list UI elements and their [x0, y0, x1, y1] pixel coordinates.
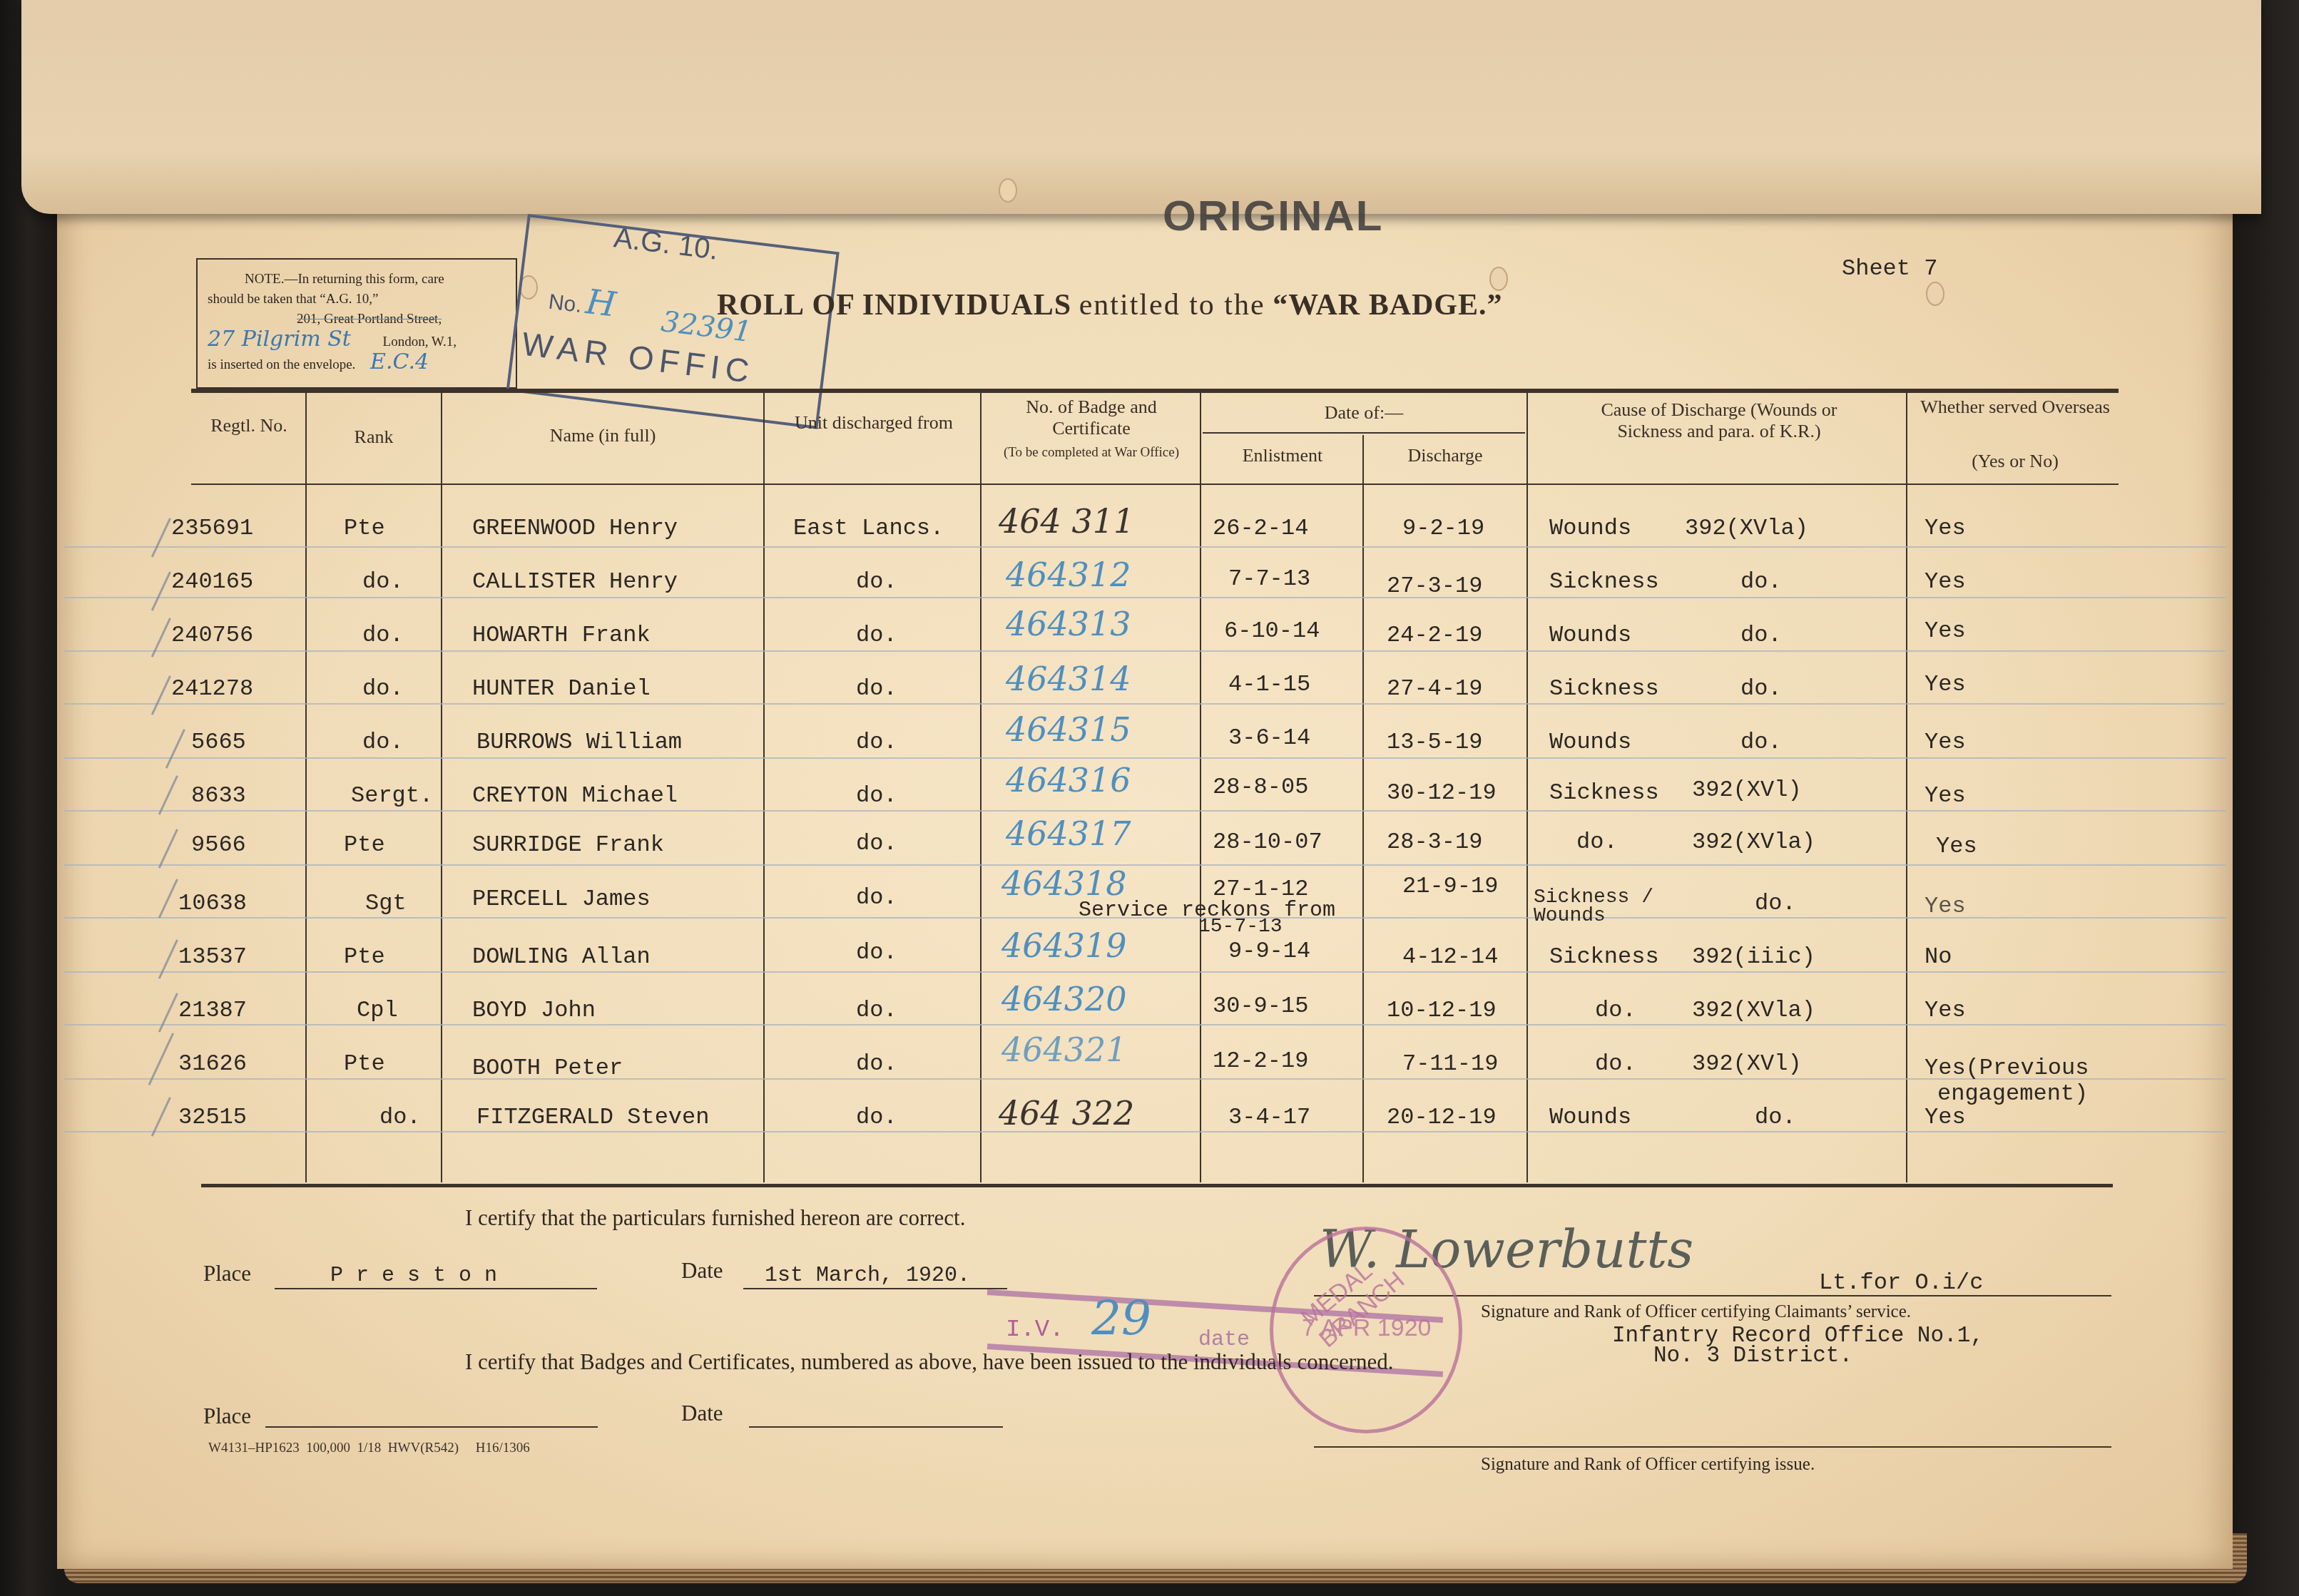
- regtl-no: 13537: [178, 943, 247, 970]
- regtl-no: 10638: [178, 890, 247, 916]
- date-field-2[interactable]: [749, 1405, 1003, 1428]
- unit: East Lancs.: [793, 515, 944, 541]
- date-label-2: Date: [681, 1401, 723, 1426]
- table-row: 240165 do. CALLISTER Henry do. 464312 7-…: [0, 568, 2299, 622]
- handwritten-address: 27 Pilgrim St: [208, 327, 351, 352]
- wo-stamp-ag: A.G. 10.: [612, 222, 720, 267]
- table-top-rule: [191, 389, 2119, 393]
- signature-caption-1: Signature and Rank of Officer certifying…: [1481, 1302, 1911, 1322]
- soldier-name: BURROWS William: [476, 729, 682, 755]
- served-overseas: No: [1925, 943, 1952, 970]
- soldier-name: BOYD John: [472, 997, 596, 1023]
- punch-hole: [1489, 267, 1508, 291]
- kr-paragraph: do.: [1755, 1104, 1796, 1130]
- enlistment-date: 9-9-14: [1228, 938, 1310, 964]
- table-row: 8633 Sergt. CREYTON Michael do. 464316 2…: [0, 782, 2299, 836]
- title-entitled: entitled to the: [1079, 289, 1265, 322]
- note-line-2: should be taken that “A.G. 10,”: [208, 290, 509, 310]
- table-row: 241278 do. HUNTER Daniel do. 464314 4-1-…: [0, 675, 2299, 729]
- discharge-cause: Sickness: [1549, 568, 1659, 595]
- note-london: London, W.1,: [383, 334, 457, 349]
- served-overseas: Yes: [1936, 833, 1977, 859]
- header-cause: Cause of Discharge (Wounds or Sickness a…: [1591, 399, 1847, 442]
- kr-paragraph: 392(XVl): [1692, 777, 1802, 803]
- rank: Sgt: [365, 890, 407, 916]
- enlistment-date: 3-6-14: [1228, 725, 1310, 751]
- sheet-number: Sheet 7: [1842, 255, 1937, 282]
- rank: Sergt.: [351, 782, 433, 809]
- soldier-name: PERCELL James: [472, 886, 651, 912]
- kr-paragraph: do.: [1740, 568, 1782, 595]
- regtl-no: 240165: [171, 568, 253, 595]
- rank: do.: [362, 622, 404, 648]
- regtl-no: 241278: [171, 675, 253, 702]
- discharge-date: 13-5-19: [1387, 729, 1482, 755]
- discharge-cause: Sickness / Wounds: [1534, 889, 1676, 926]
- enlistment-date: 28-8-05: [1213, 774, 1308, 800]
- enlistment-date: 12-2-19: [1213, 1048, 1308, 1074]
- served-overseas: Yes: [1925, 893, 1966, 919]
- unit: do.: [856, 997, 897, 1023]
- rank: do.: [362, 675, 404, 702]
- rank: Pte: [344, 943, 385, 970]
- discharge-cause: do.: [1595, 997, 1636, 1023]
- kr-paragraph: 392(XVl): [1692, 1050, 1802, 1077]
- header-date-of: Date of:—: [1203, 402, 1525, 424]
- served-overseas: Yes: [1925, 782, 1966, 809]
- badge-number: 464320: [1001, 980, 1127, 1018]
- table-row: 9566 Pte SURRIDGE Frank do. 464317 28-10…: [0, 836, 2299, 889]
- discharge-cause: do.: [1595, 1050, 1636, 1077]
- enlistment-date: 26-2-14: [1213, 515, 1308, 541]
- title-roll: ROLL: [717, 289, 805, 322]
- badge-number: 464 311: [999, 502, 1134, 541]
- badge-number: 464319: [1001, 926, 1127, 965]
- badge-number: 464 322: [999, 1094, 1134, 1132]
- unit: do.: [856, 1104, 897, 1130]
- regtl-no: 8633: [191, 782, 246, 809]
- regtl-no: 21387: [178, 997, 247, 1023]
- table-row: 10638 Sgt PERCELL James do. 464318 Servi…: [0, 890, 2299, 943]
- note-line-5: is inserted on the envelope.: [208, 357, 355, 372]
- header-discharge: Discharge: [1364, 445, 1526, 466]
- table-row: 21387 Cpl BOYD John do. 464320 30-9-15 1…: [0, 997, 2299, 1050]
- kr-paragraph: 392(iiic): [1692, 943, 1815, 970]
- badge-number: 464317: [1006, 814, 1131, 853]
- header-unit: Unit discharged from: [778, 412, 970, 434]
- served-overseas: Yes: [1925, 997, 1966, 1023]
- table-row: 240756 do. HOWARTH Frank do. 464313 6-10…: [0, 622, 2299, 675]
- discharge-cause: Wounds: [1549, 622, 1631, 648]
- discharge-cause: Wounds: [1549, 515, 1631, 541]
- place-label: Place: [203, 1261, 251, 1286]
- kr-paragraph: do.: [1740, 622, 1782, 648]
- return-address-note: NOTE.—In returning this form, care shoul…: [196, 258, 517, 389]
- served-overseas: Yes: [1925, 618, 1966, 644]
- table-row: 31626 Pte BOOTH Peter do. 464321 12-2-19…: [0, 1050, 2299, 1104]
- enlistment-date: 6-10-14: [1224, 618, 1320, 644]
- kr-paragraph: 392(XVla): [1685, 515, 1808, 541]
- discharge-date: 30-12-19: [1387, 779, 1497, 806]
- record-district: No. 3 District.: [1653, 1344, 1852, 1369]
- medal-branch-stamp: MEDAL BRANCH 7 APR 1920: [1270, 1227, 1462, 1433]
- signature-caption-2: Signature and Rank of Officer certifying…: [1481, 1455, 1815, 1475]
- unit: do.: [856, 1050, 897, 1077]
- wo-stamp-no-value: H: [583, 282, 618, 325]
- regtl-no: 240756: [171, 622, 253, 648]
- rank: Pte: [344, 1050, 385, 1077]
- discharge-date: 21-9-19: [1402, 873, 1498, 899]
- iv-date-label: date: [1198, 1328, 1250, 1352]
- enlistment-date: 30-9-15: [1213, 993, 1308, 1019]
- officer-rank: Lt.for O.i/c: [1819, 1269, 1983, 1296]
- rank: Pte: [344, 832, 385, 858]
- discharge-date: 7-11-19: [1402, 1050, 1498, 1077]
- table-row: 32515 do. FITZGERALD Steven do. 464 322 …: [0, 1104, 2299, 1157]
- handwritten-postcode: E.C.4: [370, 349, 429, 374]
- date-of-rule: [1203, 432, 1525, 434]
- unit: do.: [856, 939, 897, 966]
- certification-statement-1: I certify that the particulars furnished…: [465, 1205, 965, 1231]
- discharge-cause: do.: [1576, 829, 1618, 855]
- header-regtl-no: Regtl. No.: [193, 415, 305, 436]
- unit: do.: [856, 782, 897, 809]
- soldier-name: CALLISTER Henry: [472, 568, 678, 595]
- badge-number: 464312: [1006, 556, 1131, 594]
- unit: do.: [856, 622, 897, 648]
- service-reckons-date: 15-7-13: [1198, 916, 1283, 938]
- rank: do.: [379, 1104, 421, 1130]
- enlistment-date: 7-7-13: [1228, 566, 1310, 592]
- unit: do.: [856, 675, 897, 702]
- punch-hole: [1926, 282, 1944, 306]
- enlistment-date: 28-10-07: [1213, 829, 1322, 855]
- iv-label: I.V.: [1006, 1316, 1064, 1344]
- header-name: Name (in full): [442, 425, 763, 446]
- header-badge-note: (To be completed at War Office): [992, 445, 1191, 461]
- medal-stamp-date: 7 APR 1920: [1302, 1314, 1431, 1342]
- place-field: P r e s t o n: [275, 1264, 597, 1289]
- check-mark-icon: [114, 501, 171, 558]
- original-stamp: ORIGINAL: [1163, 191, 1383, 240]
- kr-paragraph: do.: [1755, 890, 1796, 916]
- soldier-name: GREENWOOD Henry: [472, 515, 678, 541]
- enlistment-date: 3-4-17: [1228, 1104, 1310, 1130]
- unit: do.: [856, 830, 897, 856]
- discharge-cause: Wounds: [1549, 1104, 1631, 1130]
- regtl-no: 235691: [171, 515, 253, 541]
- header-overseas: Whether served Overseas: [1919, 397, 2111, 418]
- badge-number: 464316: [1006, 761, 1131, 799]
- served-overseas: Yes: [1925, 1104, 1966, 1130]
- rank: do.: [362, 568, 404, 595]
- kr-paragraph: do.: [1740, 675, 1782, 702]
- regtl-no: 5665: [191, 729, 246, 755]
- title-of-individuals: OF INDIVIDUALS: [812, 289, 1072, 322]
- place-label-2: Place: [203, 1403, 251, 1429]
- rank: Cpl: [357, 997, 398, 1023]
- sheet-content: NOTE.—In returning this form, care shoul…: [0, 0, 2299, 1596]
- discharge-cause: Sickness: [1549, 779, 1659, 806]
- iv-number: 29: [1091, 1291, 1151, 1346]
- served-overseas: Yes: [1925, 729, 1966, 755]
- soldier-name: CREYTON Michael: [472, 782, 678, 809]
- served-overseas: Yes: [1925, 671, 1966, 697]
- table-row: 5665 do. BURROWS William do. 464315 3-6-…: [0, 729, 2299, 782]
- discharge-cause: Sickness: [1549, 675, 1659, 702]
- issue-signature-line: [1314, 1446, 2111, 1448]
- header-overseas-note: (Yes or No): [1919, 451, 2111, 472]
- note-line-1: NOTE.—In returning this form, care: [208, 270, 509, 290]
- kr-paragraph: 392(XVla): [1692, 829, 1815, 855]
- discharge-date: 24-2-19: [1387, 622, 1482, 648]
- table-row: 13537 Pte DOWLING Allan do. 464319 9-9-1…: [0, 943, 2299, 997]
- title-war-badge: “WAR BADGE.”: [1273, 289, 1502, 322]
- served-overseas: Yes(Previous: [1925, 1055, 2089, 1081]
- discharge-cause: Wounds: [1549, 729, 1631, 755]
- regtl-no: 32515: [178, 1104, 247, 1130]
- enlistment-date: 27-1-12: [1213, 876, 1308, 902]
- wo-stamp-no-label: No.: [547, 290, 583, 318]
- kr-paragraph: do.: [1740, 729, 1782, 755]
- served-overseas-note: engagement): [1937, 1080, 2088, 1107]
- badge-number: 464314: [1006, 660, 1131, 698]
- discharge-cause: Sickness: [1549, 943, 1659, 970]
- soldier-name: SURRIDGE Frank: [472, 832, 664, 858]
- discharge-date: 9-2-19: [1402, 515, 1484, 541]
- unit: do.: [856, 729, 897, 755]
- date-field: 1st March, 1920.: [743, 1264, 1007, 1289]
- soldier-name: HOWARTH Frank: [472, 622, 651, 648]
- regtl-no: 9566: [191, 832, 246, 858]
- header-enlistment: Enlistment: [1203, 445, 1362, 466]
- date-label: Date: [681, 1258, 723, 1284]
- page-title: ROLL OF INDIVIDUALS entitled to the “WAR…: [717, 288, 1503, 322]
- table-bottom-rule: [201, 1184, 2113, 1187]
- certification-statement-2: I certify that Badges and Certificates, …: [465, 1349, 1394, 1375]
- unit: do.: [856, 568, 897, 595]
- unit: do.: [856, 884, 897, 911]
- rank: Pte: [344, 515, 385, 541]
- header-rank: Rank: [307, 426, 441, 448]
- place-field-2[interactable]: [265, 1405, 598, 1428]
- header-bottom-rule: [191, 484, 2119, 485]
- discharge-date: 27-4-19: [1387, 675, 1482, 702]
- badge-number: 464321: [1001, 1030, 1127, 1069]
- rank: do.: [362, 729, 404, 755]
- served-overseas: Yes: [1925, 515, 1966, 541]
- soldier-name: HUNTER Daniel: [472, 675, 651, 702]
- regtl-no: 31626: [178, 1050, 247, 1077]
- soldier-name: DOWLING Allan: [472, 943, 651, 970]
- discharge-date: 28-3-19: [1387, 829, 1482, 855]
- soldier-name: FITZGERALD Steven: [476, 1104, 709, 1130]
- served-overseas: Yes: [1925, 568, 1966, 595]
- badge-number: 464318: [1001, 864, 1127, 903]
- badge-number: 464315: [1006, 710, 1131, 749]
- kr-paragraph: 392(XVla): [1692, 997, 1815, 1023]
- discharge-date: 10-12-19: [1387, 997, 1497, 1023]
- badge-number: 464313: [1006, 605, 1131, 643]
- discharge-date: 4-12-14: [1402, 943, 1498, 970]
- header-badge: No. of Badge and Certificate: [992, 397, 1191, 439]
- enlistment-date: 4-1-15: [1228, 671, 1310, 697]
- table-row: 235691 Pte GREENWOOD Henry East Lancs. 4…: [0, 515, 2299, 568]
- soldier-name: BOOTH Peter: [472, 1055, 623, 1081]
- discharge-date: 27-3-19: [1387, 573, 1482, 599]
- form-code: W4131–HP1623 100,000 1/18 HWV(R542) H16/…: [208, 1441, 530, 1456]
- discharge-date: 20-12-19: [1387, 1104, 1497, 1130]
